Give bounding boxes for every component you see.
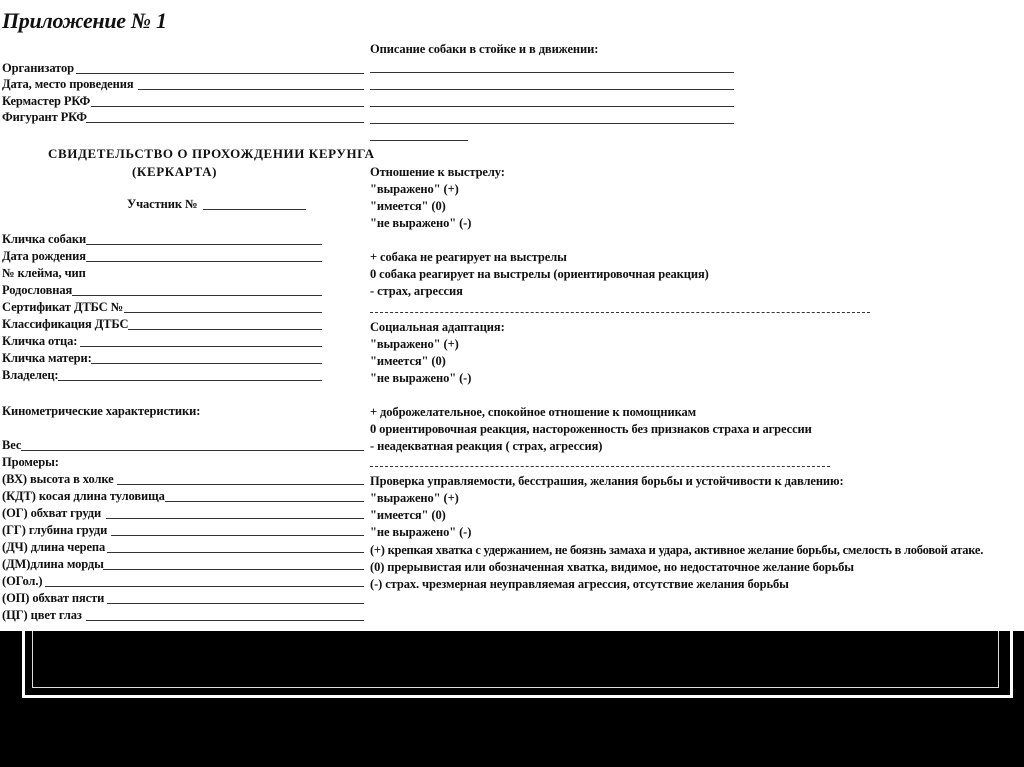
social-grade: "не выражено" (-)	[370, 371, 471, 386]
weight-field[interactable]	[21, 450, 364, 451]
measurement-field[interactable]	[45, 586, 364, 587]
measurement-label: (ДМ)длина морды	[2, 557, 104, 572]
kermaster-field[interactable]	[91, 106, 364, 107]
control-criterion: (0) прерывистая или обозначенная хватка,…	[370, 560, 854, 575]
control-grade: "не выражено" (-)	[370, 525, 471, 540]
certificate-heading: СВИДЕТЕЛЬСТВО О ПРОХОЖДЕНИИ КЕРУНГА	[48, 146, 375, 161]
sire-name-label: Кличка отца:	[2, 334, 77, 349]
control-grade: "имеется" (0)	[370, 508, 446, 523]
measurement-field[interactable]	[111, 535, 364, 536]
classification-dtbs-label: Классификация ДТБС	[2, 317, 128, 332]
section-separator	[370, 312, 870, 313]
pedigree-label: Родословная	[2, 283, 72, 298]
social-heading: Социальная адаптация:	[370, 320, 505, 335]
shot-criterion: + собака не реагирует на выстрелы	[370, 250, 567, 265]
measurement-field[interactable]	[106, 518, 364, 519]
social-criterion: - неадекватная реакция ( страх, агрессия…	[370, 439, 602, 454]
measurement-label: (ОГол.)	[2, 574, 42, 589]
birth-date-label: Дата рождения	[2, 249, 86, 264]
control-criterion: (+) крепкая хватка с удержанием, не бояз…	[370, 543, 983, 558]
shot-criterion: - страх, агрессия	[370, 284, 463, 299]
slide-frame-inner	[32, 631, 999, 688]
owner-field[interactable]	[58, 380, 322, 381]
weight-label: Вес	[2, 438, 21, 453]
social-criterion: 0 ориентировочная реакция, настороженнос…	[370, 422, 812, 437]
appendix-title: Приложение № 1	[2, 8, 167, 34]
dog-name-label: Кличка собаки	[2, 232, 86, 247]
social-criterion: + доброжелательное, спокойное отношение …	[370, 405, 696, 420]
shot-grade: "выражено" (+)	[370, 182, 459, 197]
control-grade: "выражено" (+)	[370, 491, 459, 506]
dog-name-field[interactable]	[86, 244, 322, 245]
document-page: Приложение № 1 Организатор Дата, место п…	[0, 0, 1024, 631]
certificate-dtbs-label: Сертификат ДТБС №	[2, 300, 123, 315]
shot-heading: Отношение к выстрелу:	[370, 165, 505, 180]
measurement-field[interactable]	[86, 620, 364, 621]
dam-name-label: Кличка матери:	[2, 351, 92, 366]
kermaster-label: Кермастер РКФ	[2, 94, 90, 109]
measurements-heading: Промеры:	[2, 455, 59, 470]
control-criterion: (-) страх. чрезмерная неуправляемая агре…	[370, 577, 789, 592]
measurement-label: (ДЧ) длина черепа	[2, 540, 105, 555]
measurement-label: (ОП) обхват пясти	[2, 591, 104, 606]
measurement-label: (ОГ) обхват груди	[2, 506, 101, 521]
social-grade: "имеется" (0)	[370, 354, 446, 369]
shot-criterion: 0 собака реагирует на выстрелы (ориентир…	[370, 267, 709, 282]
description-line[interactable]	[370, 106, 734, 107]
date-place-label: Дата, место проведения	[2, 77, 134, 92]
organizer-field[interactable]	[76, 73, 364, 74]
sire-name-field[interactable]	[80, 346, 322, 347]
measurement-label: (ГГ) глубина груди	[2, 523, 107, 538]
owner-label: Владелец:	[2, 368, 59, 383]
dam-name-field[interactable]	[91, 363, 322, 364]
measurement-field[interactable]	[107, 603, 364, 604]
description-line[interactable]	[370, 89, 734, 90]
date-place-field[interactable]	[138, 89, 364, 90]
kinometric-heading: Кинометрические характеристики:	[2, 404, 200, 419]
certificate-subheading: (КЕРКАРТА)	[132, 164, 217, 179]
brand-chip-label: № клейма, чип	[2, 266, 86, 281]
section-separator	[370, 466, 830, 467]
participant-number-field[interactable]	[203, 209, 306, 210]
shot-grade: "имеется" (0)	[370, 199, 446, 214]
shot-grade: "не выражено" (-)	[370, 216, 471, 231]
participant-label: Участник №	[127, 197, 197, 212]
description-heading: Описание собаки в стойке и в движении:	[370, 42, 598, 57]
description-line[interactable]	[370, 72, 734, 73]
certificate-dtbs-field[interactable]	[124, 312, 322, 313]
measurement-label: (ЦГ) цвет глаз	[2, 608, 82, 623]
measurement-label: (ВХ) высота в холке	[2, 472, 114, 487]
birth-date-field[interactable]	[86, 261, 322, 262]
measurement-field[interactable]	[107, 552, 364, 553]
measurement-field[interactable]	[165, 501, 364, 502]
figurant-field[interactable]	[86, 122, 364, 123]
classification-dtbs-field[interactable]	[128, 329, 322, 330]
measurement-label: (КДТ) косая длина туловища	[2, 489, 165, 504]
description-line[interactable]	[370, 140, 468, 141]
description-line[interactable]	[370, 123, 734, 124]
figurant-label: Фигурант РКФ	[2, 110, 87, 125]
measurement-field[interactable]	[117, 484, 364, 485]
social-grade: "выражено" (+)	[370, 337, 459, 352]
measurement-field[interactable]	[103, 569, 364, 570]
control-heading: Проверка управляемости, бесстрашия, жела…	[370, 474, 844, 489]
pedigree-field[interactable]	[72, 295, 322, 296]
organizer-label: Организатор	[2, 61, 74, 76]
